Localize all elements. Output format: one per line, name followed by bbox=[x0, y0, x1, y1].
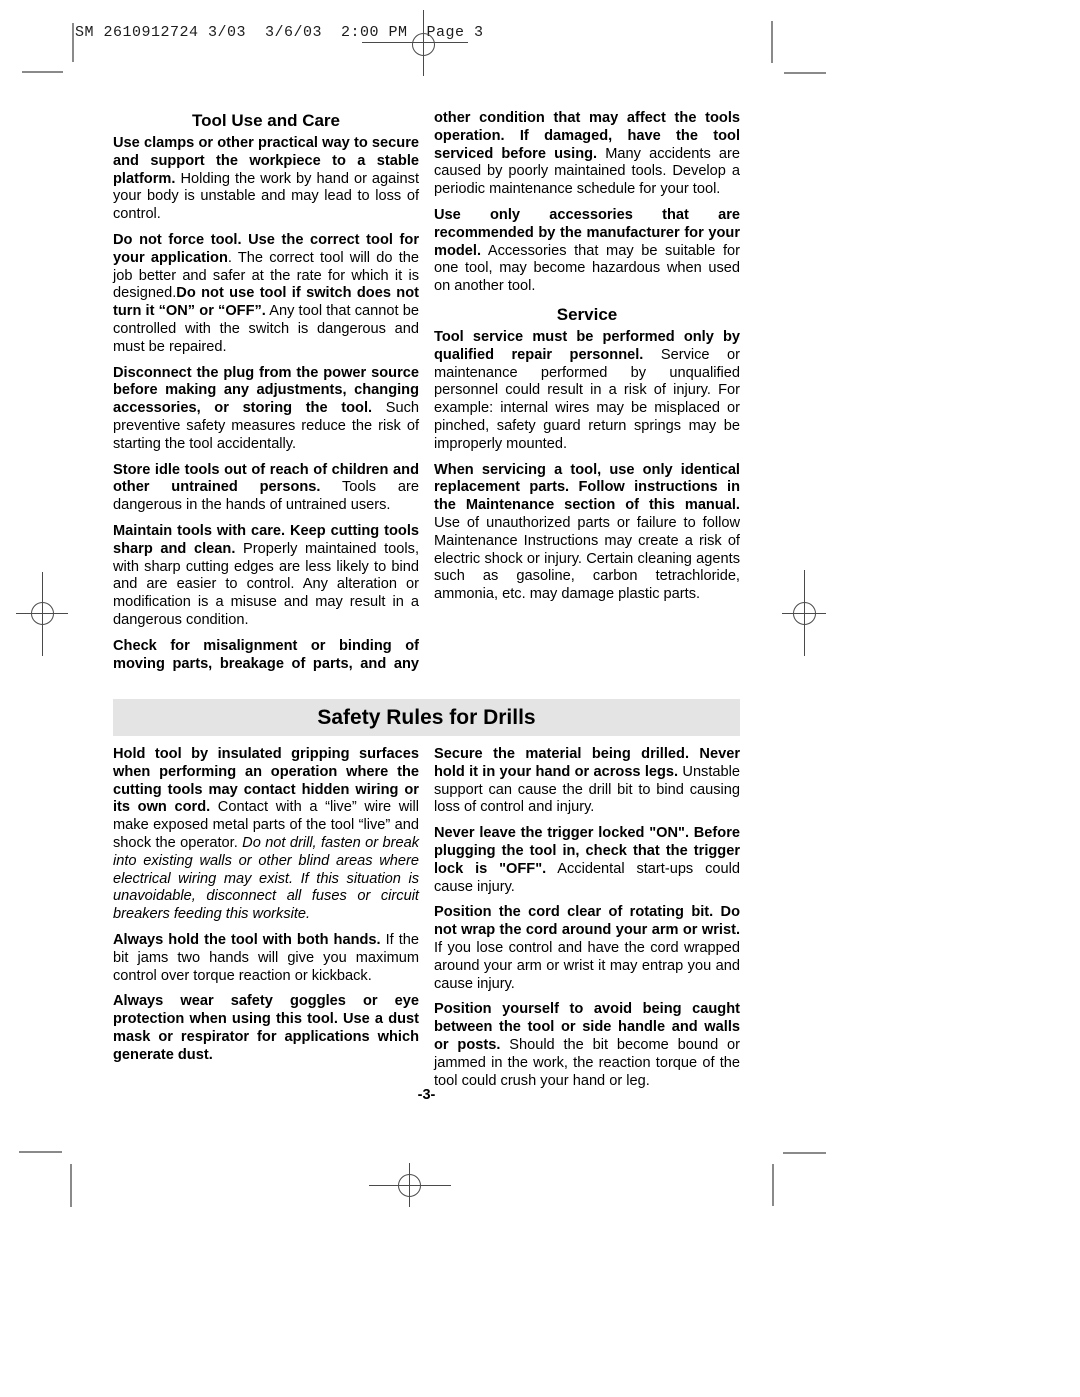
paragraph: Disconnect the plug from the power sourc… bbox=[113, 365, 419, 454]
crop-mark-top-right-vertical-icon bbox=[771, 21, 773, 63]
paragraph: Never leave the trigger locked "ON". Bef… bbox=[434, 825, 740, 896]
text-run-bold: Always hold the tool with both hands. bbox=[113, 932, 381, 948]
paragraph: Always hold the tool with both hands. If… bbox=[113, 932, 419, 985]
registration-mark-bottom-icon bbox=[398, 1174, 421, 1197]
text-run-bold: When servicing a tool, use only identica… bbox=[434, 462, 740, 514]
section-banner: Safety Rules for Drills bbox=[113, 699, 740, 736]
crop-mark-top-left-horizontal-icon bbox=[22, 71, 63, 73]
crop-mark-bottom-right-vertical-icon bbox=[772, 1164, 774, 1206]
crop-mark-bottom-right-horizontal-icon bbox=[783, 1152, 826, 1154]
column-top-left: Tool Use and CareUse clamps or other pra… bbox=[113, 110, 419, 681]
paragraph: Hold tool by insulated gripping surfaces… bbox=[113, 746, 419, 924]
section-heading: Service bbox=[434, 304, 740, 325]
text-run-regular: If you lose control and have the cord wr… bbox=[434, 940, 740, 992]
page-number: -3- bbox=[113, 1087, 740, 1103]
paragraph: Maintain tools with care. Keep cutting t… bbox=[113, 523, 419, 630]
document-page: SM 2610912724 3/03 3/6/03 2:00 PM Page 3… bbox=[0, 0, 1080, 1397]
paragraph: Store idle tools out of reach of childre… bbox=[113, 462, 419, 515]
section-banner-title: Safety Rules for Drills bbox=[317, 706, 535, 730]
column-bottom-left: Hold tool by insulated gripping surfaces… bbox=[113, 746, 419, 1073]
paragraph: Position yourself to avoid being caught … bbox=[434, 1001, 740, 1090]
paragraph: Check for misalignment or binding of mov… bbox=[113, 638, 419, 674]
paragraph: Tool service must be performed only by q… bbox=[434, 329, 740, 454]
paragraph: Use only accessories that are recommende… bbox=[434, 207, 740, 296]
text-run-bold: Position the cord clear of rotating bit.… bbox=[434, 904, 740, 938]
section-heading: Tool Use and Care bbox=[113, 110, 419, 131]
paragraph: Use clamps or other practical way to sec… bbox=[113, 135, 419, 224]
crop-mark-bottom-left-horizontal-icon bbox=[19, 1151, 62, 1153]
registration-mark-top-icon bbox=[412, 33, 435, 56]
text-run-regular: Use of unauthorized parts or failure to … bbox=[434, 515, 740, 602]
registration-mark-right-icon bbox=[793, 602, 816, 625]
text-run-bold: Always wear safety goggles or eye protec… bbox=[113, 993, 419, 1062]
text-run-bold: Check for misalignment or binding of mov… bbox=[113, 638, 419, 672]
crop-mark-top-left-vertical-icon bbox=[72, 23, 74, 62]
column-top-right: other condition that may affect the tool… bbox=[434, 110, 740, 612]
column-bottom-right: Secure the material being drilled. Never… bbox=[434, 746, 740, 1098]
crop-mark-top-right-horizontal-icon bbox=[784, 72, 826, 74]
paragraph: Do not force tool. Use the correct tool … bbox=[113, 232, 419, 357]
paragraph: other condition that may affect the tool… bbox=[434, 110, 740, 199]
paragraph: When servicing a tool, use only identica… bbox=[434, 462, 740, 604]
crop-mark-bottom-left-vertical-icon bbox=[70, 1164, 72, 1207]
paragraph: Position the cord clear of rotating bit.… bbox=[434, 904, 740, 993]
registration-mark-left-icon bbox=[31, 602, 54, 625]
paragraph: Secure the material being drilled. Never… bbox=[434, 746, 740, 817]
paragraph: Always wear safety goggles or eye protec… bbox=[113, 993, 419, 1064]
